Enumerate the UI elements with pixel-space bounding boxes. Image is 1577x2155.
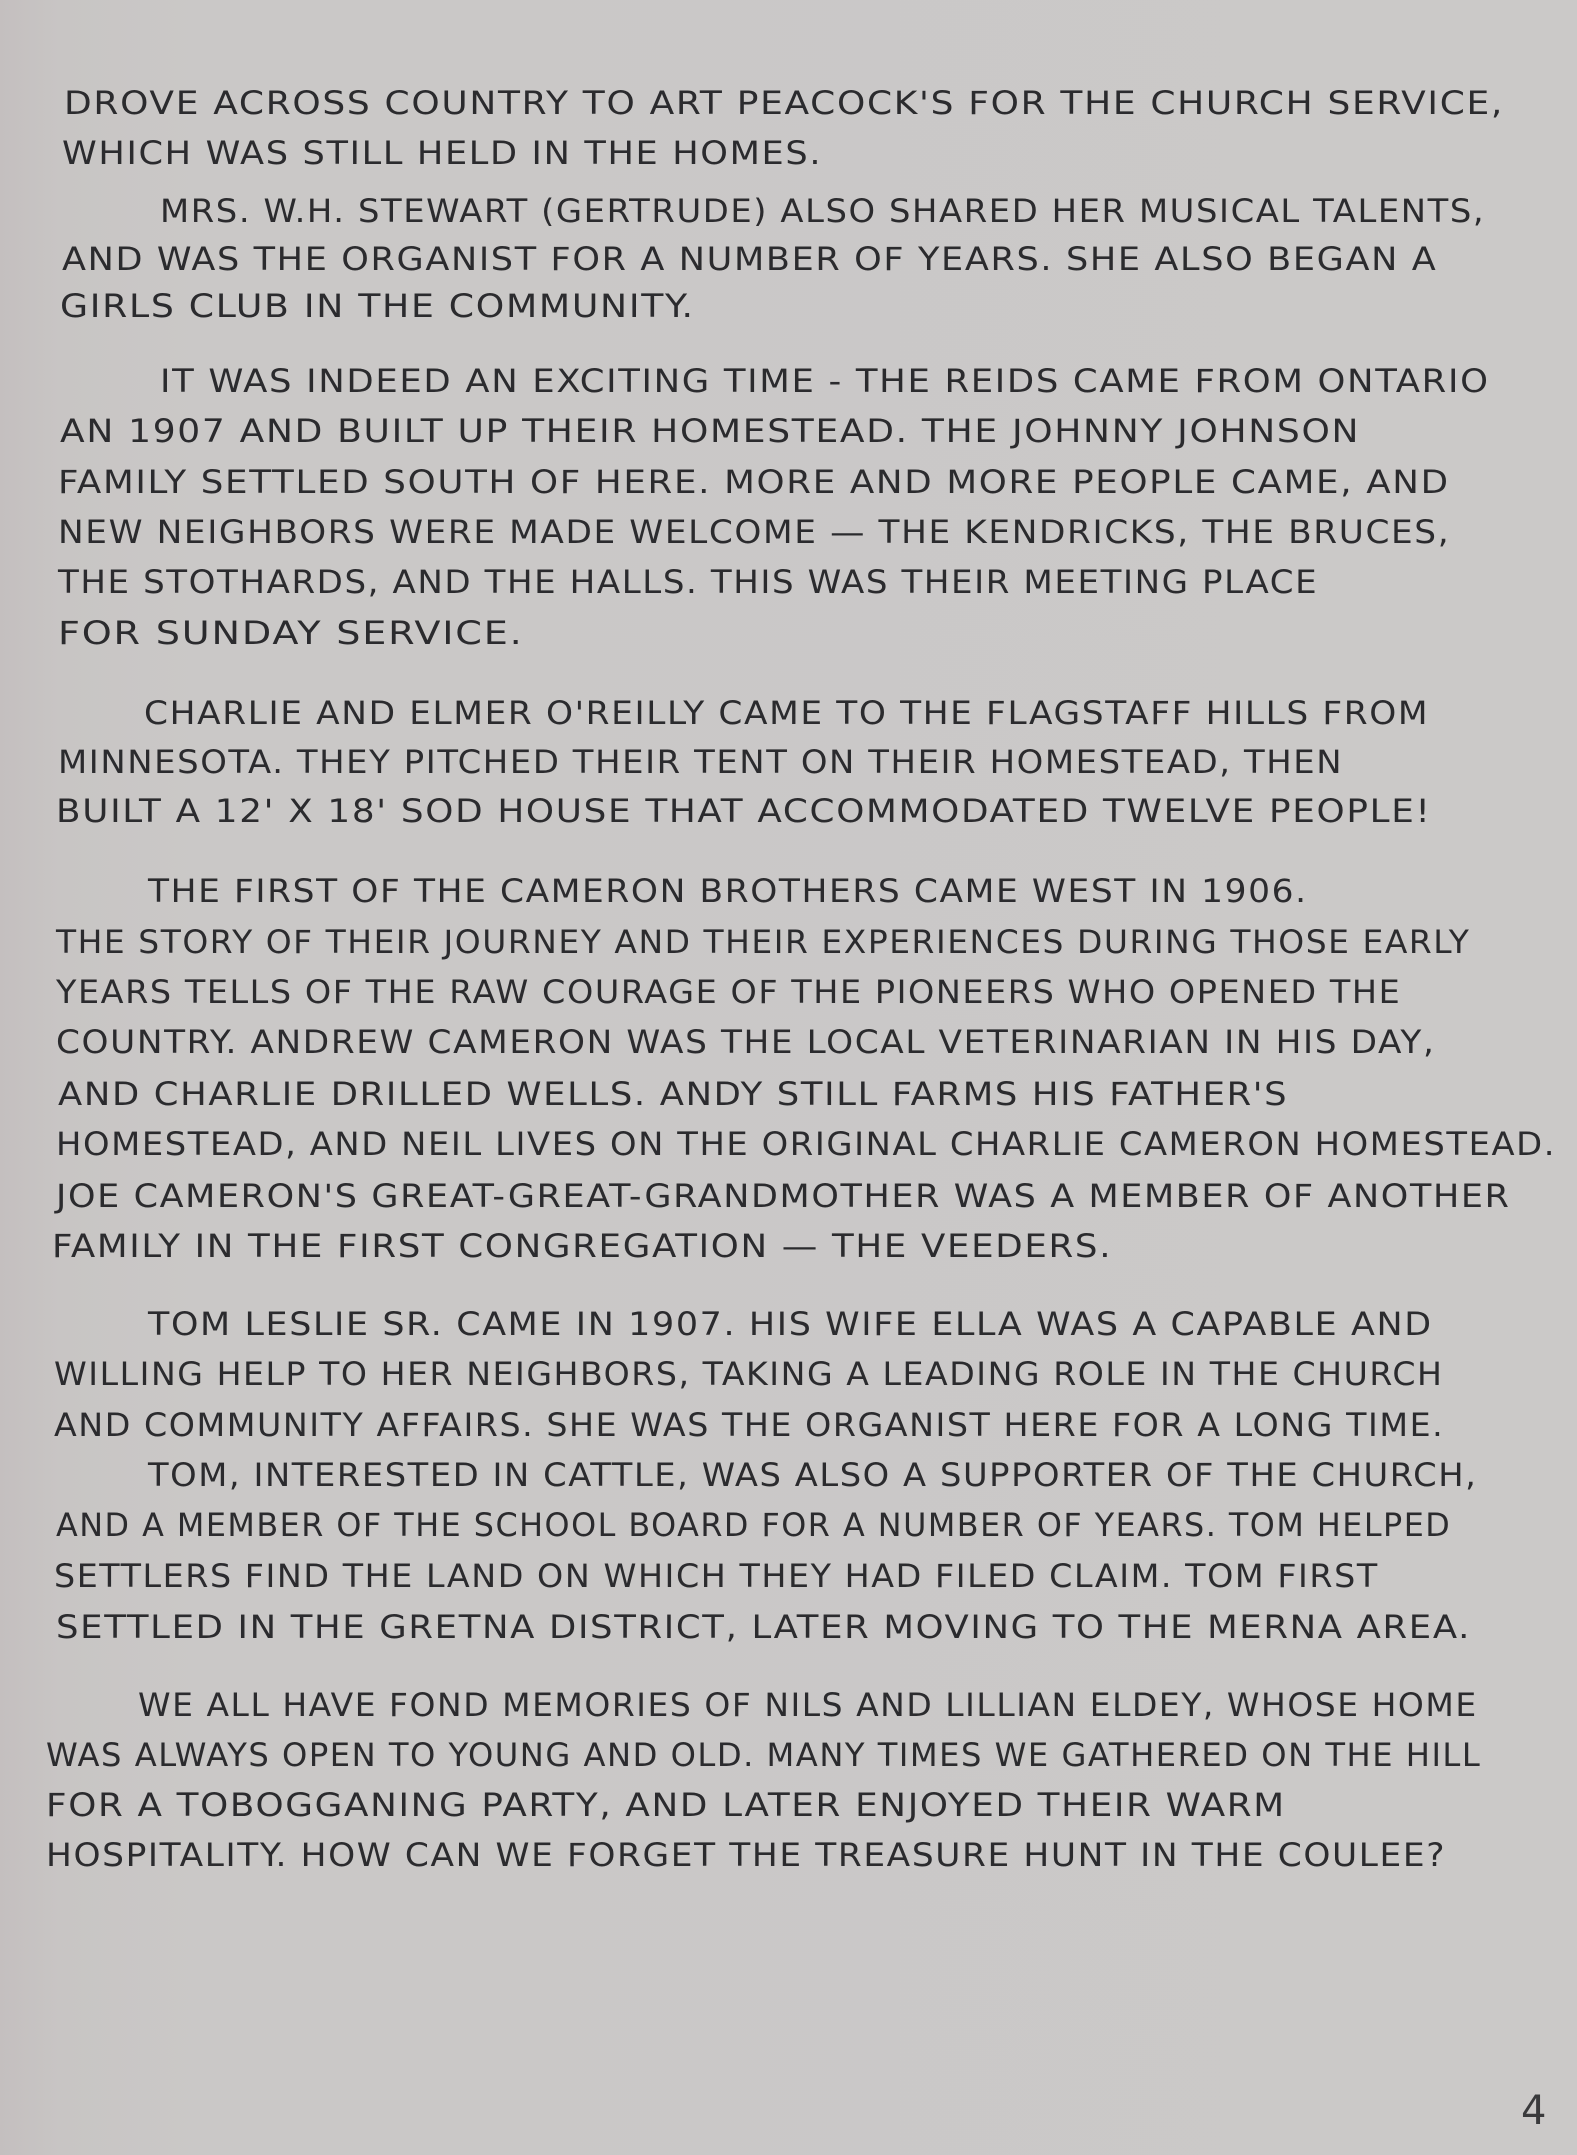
text-line: WILLING HELP TO HER NEIGHBORS, TAKING A … [54,1355,1443,1393]
text-line: JOE CAMERON'S GREAT-GREAT-GRANDMOTHER WA… [56,1177,1511,1215]
text-line: BUILT A 12' x 18' SOD HOUSE THAT ACCOMMO… [56,792,1432,830]
text-line: CHARLIE AND ELMER O'REILLY CAME TO THE F… [144,694,1429,732]
text-line: GIRLS CLUB IN THE COMMUNITY. [60,287,695,325]
text-line: THE FIRST OF THE CAMERON BROTHERS CAME W… [148,872,1308,910]
text-line: HOSPITALITY. HOW CAN WE FORGET THE TREAS… [46,1836,1446,1874]
text-line: NEW NEIGHBORS WERE MADE WELCOME — THE KE… [58,513,1450,551]
text-line: FOR SUNDAY SERVICE. [58,614,524,652]
text-line: WAS ALWAYS OPEN TO YOUNG AND OLD. MANY T… [46,1736,1481,1774]
text-line: DROVE ACROSS COUNTRY TO ART PEACOCK'S FO… [64,84,1504,122]
text-line: TOM, INTERESTED IN CATTLE, WAS ALSO A SU… [148,1456,1477,1494]
text-line: TOM LESLIE SR. CAME IN 1907. HIS WIFE EL… [148,1305,1433,1343]
text-line: SETTLED IN THE GRETNA DISTRICT, LATER MO… [56,1608,1471,1646]
text-line: WE ALL HAVE FOND MEMORIES OF NILS AND LI… [138,1686,1478,1724]
text-line: AND CHARLIE DRILLED WELLS. ANDY STILL FA… [58,1075,1288,1113]
text-line: IT WAS INDEED AN EXCITING TIME - THE REI… [160,362,1490,400]
text-line: FOR A TOBOGGANING PARTY, AND LATER ENJOY… [46,1786,1286,1824]
text-line: MINNESOTA. THEY PITCHED THEIR TENT ON TH… [58,743,1343,781]
document-page: DROVE ACROSS COUNTRY TO ART PEACOCK'S FO… [0,0,1577,2155]
page-number: 4 [1521,2088,1546,2134]
text-line: SETTLERS FIND THE LAND ON WHICH THEY HAD… [54,1557,1379,1595]
text-line: AND WAS THE ORGANIST FOR A NUMBER OF YEA… [62,240,1437,278]
text-line: AND A MEMBER OF THE SCHOOL BOARD FOR A N… [56,1506,1451,1544]
text-line: AND COMMUNITY AFFAIRS. SHE WAS THE ORGAN… [54,1406,1444,1444]
text-line: THE STOTHARDS, AND THE HALLS. THIS WAS T… [58,563,1318,601]
text-line: THE STORY OF THEIR JOURNEY AND THEIR EXP… [56,923,1470,961]
text-line: COUNTRY. ANDREW CAMERON WAS THE LOCAL VE… [56,1023,1435,1061]
text-line: WHICH WAS STILL HELD IN THE HOMES. [62,134,822,172]
text-line: YEARS TELLS OF THE RAW COURAGE OF THE PI… [56,973,1401,1011]
text-line: FAMILY SETTLED SOUTH OF HERE. MORE AND M… [58,463,1450,501]
text-line: MRS. W.H. STEWART (GERTRUDE) ALSO SHARED… [160,192,1485,230]
text-line: AN 1907 AND BUILT UP THEIR HOMESTEAD. TH… [60,412,1360,450]
text-line: FAMILY IN THE FIRST CONGREGATION — THE V… [52,1227,1112,1265]
text-line: HOMESTEAD, AND NEIL LIVES ON THE ORIGINA… [56,1125,1556,1163]
